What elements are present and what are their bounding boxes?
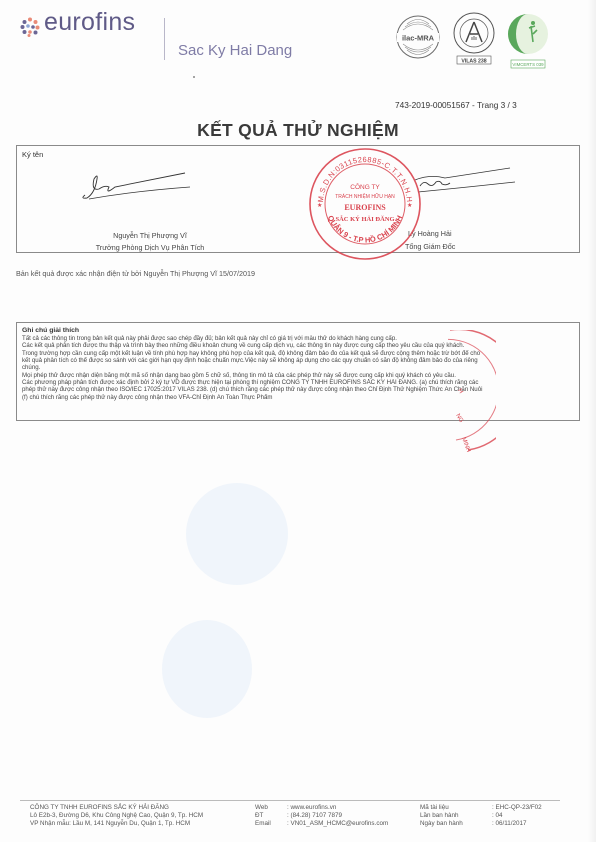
svg-text:VILAS 238: VILAS 238 xyxy=(461,59,486,65)
svg-text:CÔNG TY: CÔNG TY xyxy=(350,182,380,191)
company-name: CÔNG TY TNHH EUROFINS SẮC KÝ HẢI ĐĂNG xyxy=(30,804,203,812)
watermark xyxy=(186,483,288,585)
revision-value: : 04 xyxy=(492,812,542,820)
footer-docinfo-values: : EHC-QP-23/F02 : 04 : 06/11/2017 xyxy=(492,804,542,829)
logo-divider xyxy=(164,18,165,60)
issue-date-value: : 06/11/2017 xyxy=(492,820,542,828)
sub-brand-name: Sac Ky Hai Dang xyxy=(178,42,292,59)
web-value: : www.eurofins.vn xyxy=(287,804,388,812)
signature-2-image xyxy=(410,162,520,202)
speck xyxy=(193,76,195,78)
footer-company: CÔNG TY TNHH EUROFINS SẮC KÝ HẢI ĐĂNG Lô… xyxy=(30,804,203,829)
boa-vilas-logo-icon: VILAS 238 xyxy=(451,12,497,66)
document-code: 743-2019-00051567 - Trang 3 / 3 xyxy=(395,100,517,110)
svg-text:NG: NG xyxy=(454,413,464,424)
notes-title: Ghi chú giải thích xyxy=(22,327,79,334)
doc-id-value: : EHC-QP-23/F02 xyxy=(492,804,542,812)
electronic-verification-note: Bản kết quả được xác nhận điện tử bởi Ng… xyxy=(16,269,255,278)
revision-label: Lần ban hành xyxy=(420,812,463,820)
brand-name: eurofins xyxy=(44,8,135,37)
phone-value: : (84.28) 7107 7879 xyxy=(287,812,388,820)
svg-text:★: ★ xyxy=(407,202,412,209)
company-seal-icon: M.S.D.N:0311526885-C.T.T.N.H.H QUẬN 9 - … xyxy=(305,145,425,263)
svg-text:SẮC KÝ HẢI ĐĂNG: SẮC KÝ HẢI ĐĂNG xyxy=(335,215,394,223)
svg-text:VIMCERTS 039: VIMCERTS 039 xyxy=(512,62,544,67)
doc-id-label: Mã tài liệu xyxy=(420,804,463,812)
svg-text:MINH: MINH xyxy=(460,437,471,453)
email-value: : VN01_ASM_HCMC@eurofins.com xyxy=(287,820,388,828)
svg-text:EUROFINS: EUROFINS xyxy=(344,203,386,212)
eurofins-logo-icon xyxy=(20,17,40,37)
email-label: Email xyxy=(255,820,271,828)
svg-text:ilac-MRA: ilac-MRA xyxy=(402,34,435,43)
page-title: KẾT QUẢ THỬ NGHIỆM xyxy=(0,120,596,141)
svg-text:H: H xyxy=(456,388,463,395)
signer-1-name: Nguyễn Thị Phượng Vĩ xyxy=(40,231,260,240)
ilac-mra-logo-icon: ilac-MRA xyxy=(395,14,441,60)
vimcerts-logo-icon: VIMCERTS 039 xyxy=(505,12,551,70)
partial-seal-icon: H NG MINH xyxy=(448,330,496,460)
footer-contact-values: : www.eurofins.vn : (84.28) 7107 7879 : … xyxy=(287,804,388,829)
footer-divider xyxy=(20,800,560,801)
issue-date-label: Ngày ban hành xyxy=(420,820,463,828)
signature-1-image xyxy=(75,165,195,205)
svg-text:TRÁCH NHIỆM HỮU HẠN: TRÁCH NHIỆM HỮU HẠN xyxy=(335,192,395,200)
signature-label: Ký tên xyxy=(22,150,43,159)
scan-edge-shadow xyxy=(588,0,596,842)
footer-contact-labels: Web ĐT Email xyxy=(255,804,271,829)
footer-docinfo-labels: Mã tài liệu Lần ban hành Ngày ban hành xyxy=(420,804,463,829)
web-label: Web xyxy=(255,804,271,812)
sample-office-address: VP Nhận mẫu: Lầu M, 141 Nguyễn Du, Quận … xyxy=(30,820,203,828)
watermark xyxy=(162,620,252,718)
phone-label: ĐT xyxy=(255,812,271,820)
svg-text:★: ★ xyxy=(317,202,322,209)
signer-1-role: Trưởng Phòng Dịch Vụ Phân Tích xyxy=(30,243,270,252)
